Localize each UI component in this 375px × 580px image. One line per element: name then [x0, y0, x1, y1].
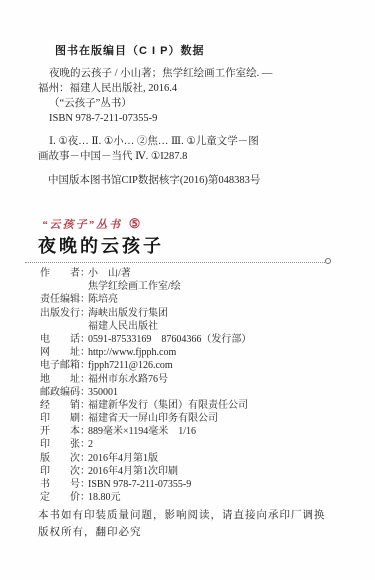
divider-end-circle [325, 258, 331, 264]
colophon-row-publisher: 福建人民出版社 [40, 320, 350, 333]
cip-line-2: 福州：福建人民出版社, 2016.4 [38, 81, 338, 96]
cip-classification-line-1: Ⅰ. ①夜… Ⅱ. ①小… ②焦… Ⅲ. ①儿童文学－图 [38, 134, 338, 149]
cip-line-1: 夜晚的云孩子 / 小山著；焦学红绘画工作室绘. — [38, 66, 338, 81]
colophon-row-publisher-group: 出版发行：海峡出版发行集团 [40, 307, 350, 320]
colophon-row-printer: 印 刷：福建省天一屏山印务有限公司 [40, 412, 350, 425]
cip-classification-line-2: 画故事－中国－当代 Ⅳ. ①I287.8 [38, 149, 338, 164]
cip-classification: Ⅰ. ①夜… Ⅱ. ①小… ②焦… Ⅲ. ①儿童文学－图 画故事－中国－当代 Ⅳ… [38, 134, 338, 164]
cip-description: 夜晚的云孩子 / 小山著；焦学红绘画工作室绘. — 福州：福建人民出版社, 20… [38, 66, 338, 126]
colophon-row-email: 电子邮箱：fjpph7211@126.com [40, 359, 350, 372]
colophon-row-sheets: 印 张：2 [40, 438, 350, 451]
quality-notice: 本书如有印装质量问题，影响阅读，请直接向承印厂调换 [38, 508, 348, 525]
colophon-row-illustrator: 焦学红绘画工作室/绘 [40, 280, 350, 293]
series-title: “云孩子”丛书 ⑤ [42, 216, 140, 232]
footer-notice: 本书如有印装质量问题，影响阅读，请直接向承印厂调换 版权所有，翻印必究 [38, 508, 348, 541]
colophon-row-author: 作 者：小 山/著 [40, 267, 350, 280]
colophon-table: 作 者：小 山/著 焦学红绘画工作室/绘 责任编辑：陈培亮 出版发行：海峡出版发… [40, 267, 350, 504]
cip-header: 图书在版编目（C I P）数据 [55, 42, 204, 58]
colophon-row-format: 开 本：889毫米×1194毫米 1/16 [40, 425, 350, 438]
series-label: “云孩子”丛书 [42, 219, 122, 231]
colophon-row-distributor: 经 销：福建新华发行（集团）有限责任公司 [40, 399, 350, 412]
book-copyright-page: 图书在版编目（C I P）数据 夜晚的云孩子 / 小山著；焦学红绘画工作室绘. … [0, 0, 375, 580]
cip-line-4: ISBN 978-7-211-07355-9 [38, 111, 338, 126]
copyright-notice: 版权所有，翻印必究 [38, 525, 348, 542]
colophon-row-editor: 责任编辑：陈培亮 [40, 293, 350, 306]
cip-line-3: （“云孩子”丛书） [38, 96, 338, 111]
page-title: 夜晚的云孩子 [38, 232, 164, 258]
colophon-row-impression: 印 次：2016年4月第1次印刷 [40, 465, 350, 478]
colophon-row-price: 定 价：18.80元 [40, 491, 350, 504]
colophon-row-postcode: 邮政编码：350001 [40, 386, 350, 399]
colophon-row-phone: 电 话：0591-87533169 87604366（发行部） [40, 333, 350, 346]
series-number-badge: ⑤ [129, 216, 141, 231]
colophon-row-isbn: 书 号：ISBN 978-7-211-07355-9 [40, 478, 350, 491]
dotted-divider [25, 258, 325, 263]
colophon-row-address: 地 址：福州市东水路76号 [40, 373, 350, 386]
cip-record-number: 中国版本图书馆CIP数据核字(2016)第048383号 [48, 172, 260, 187]
colophon-row-website: 网 址：http://www.fjpph.com [40, 346, 350, 359]
colophon-row-edition: 版 次：2016年4月第1版 [40, 452, 350, 465]
